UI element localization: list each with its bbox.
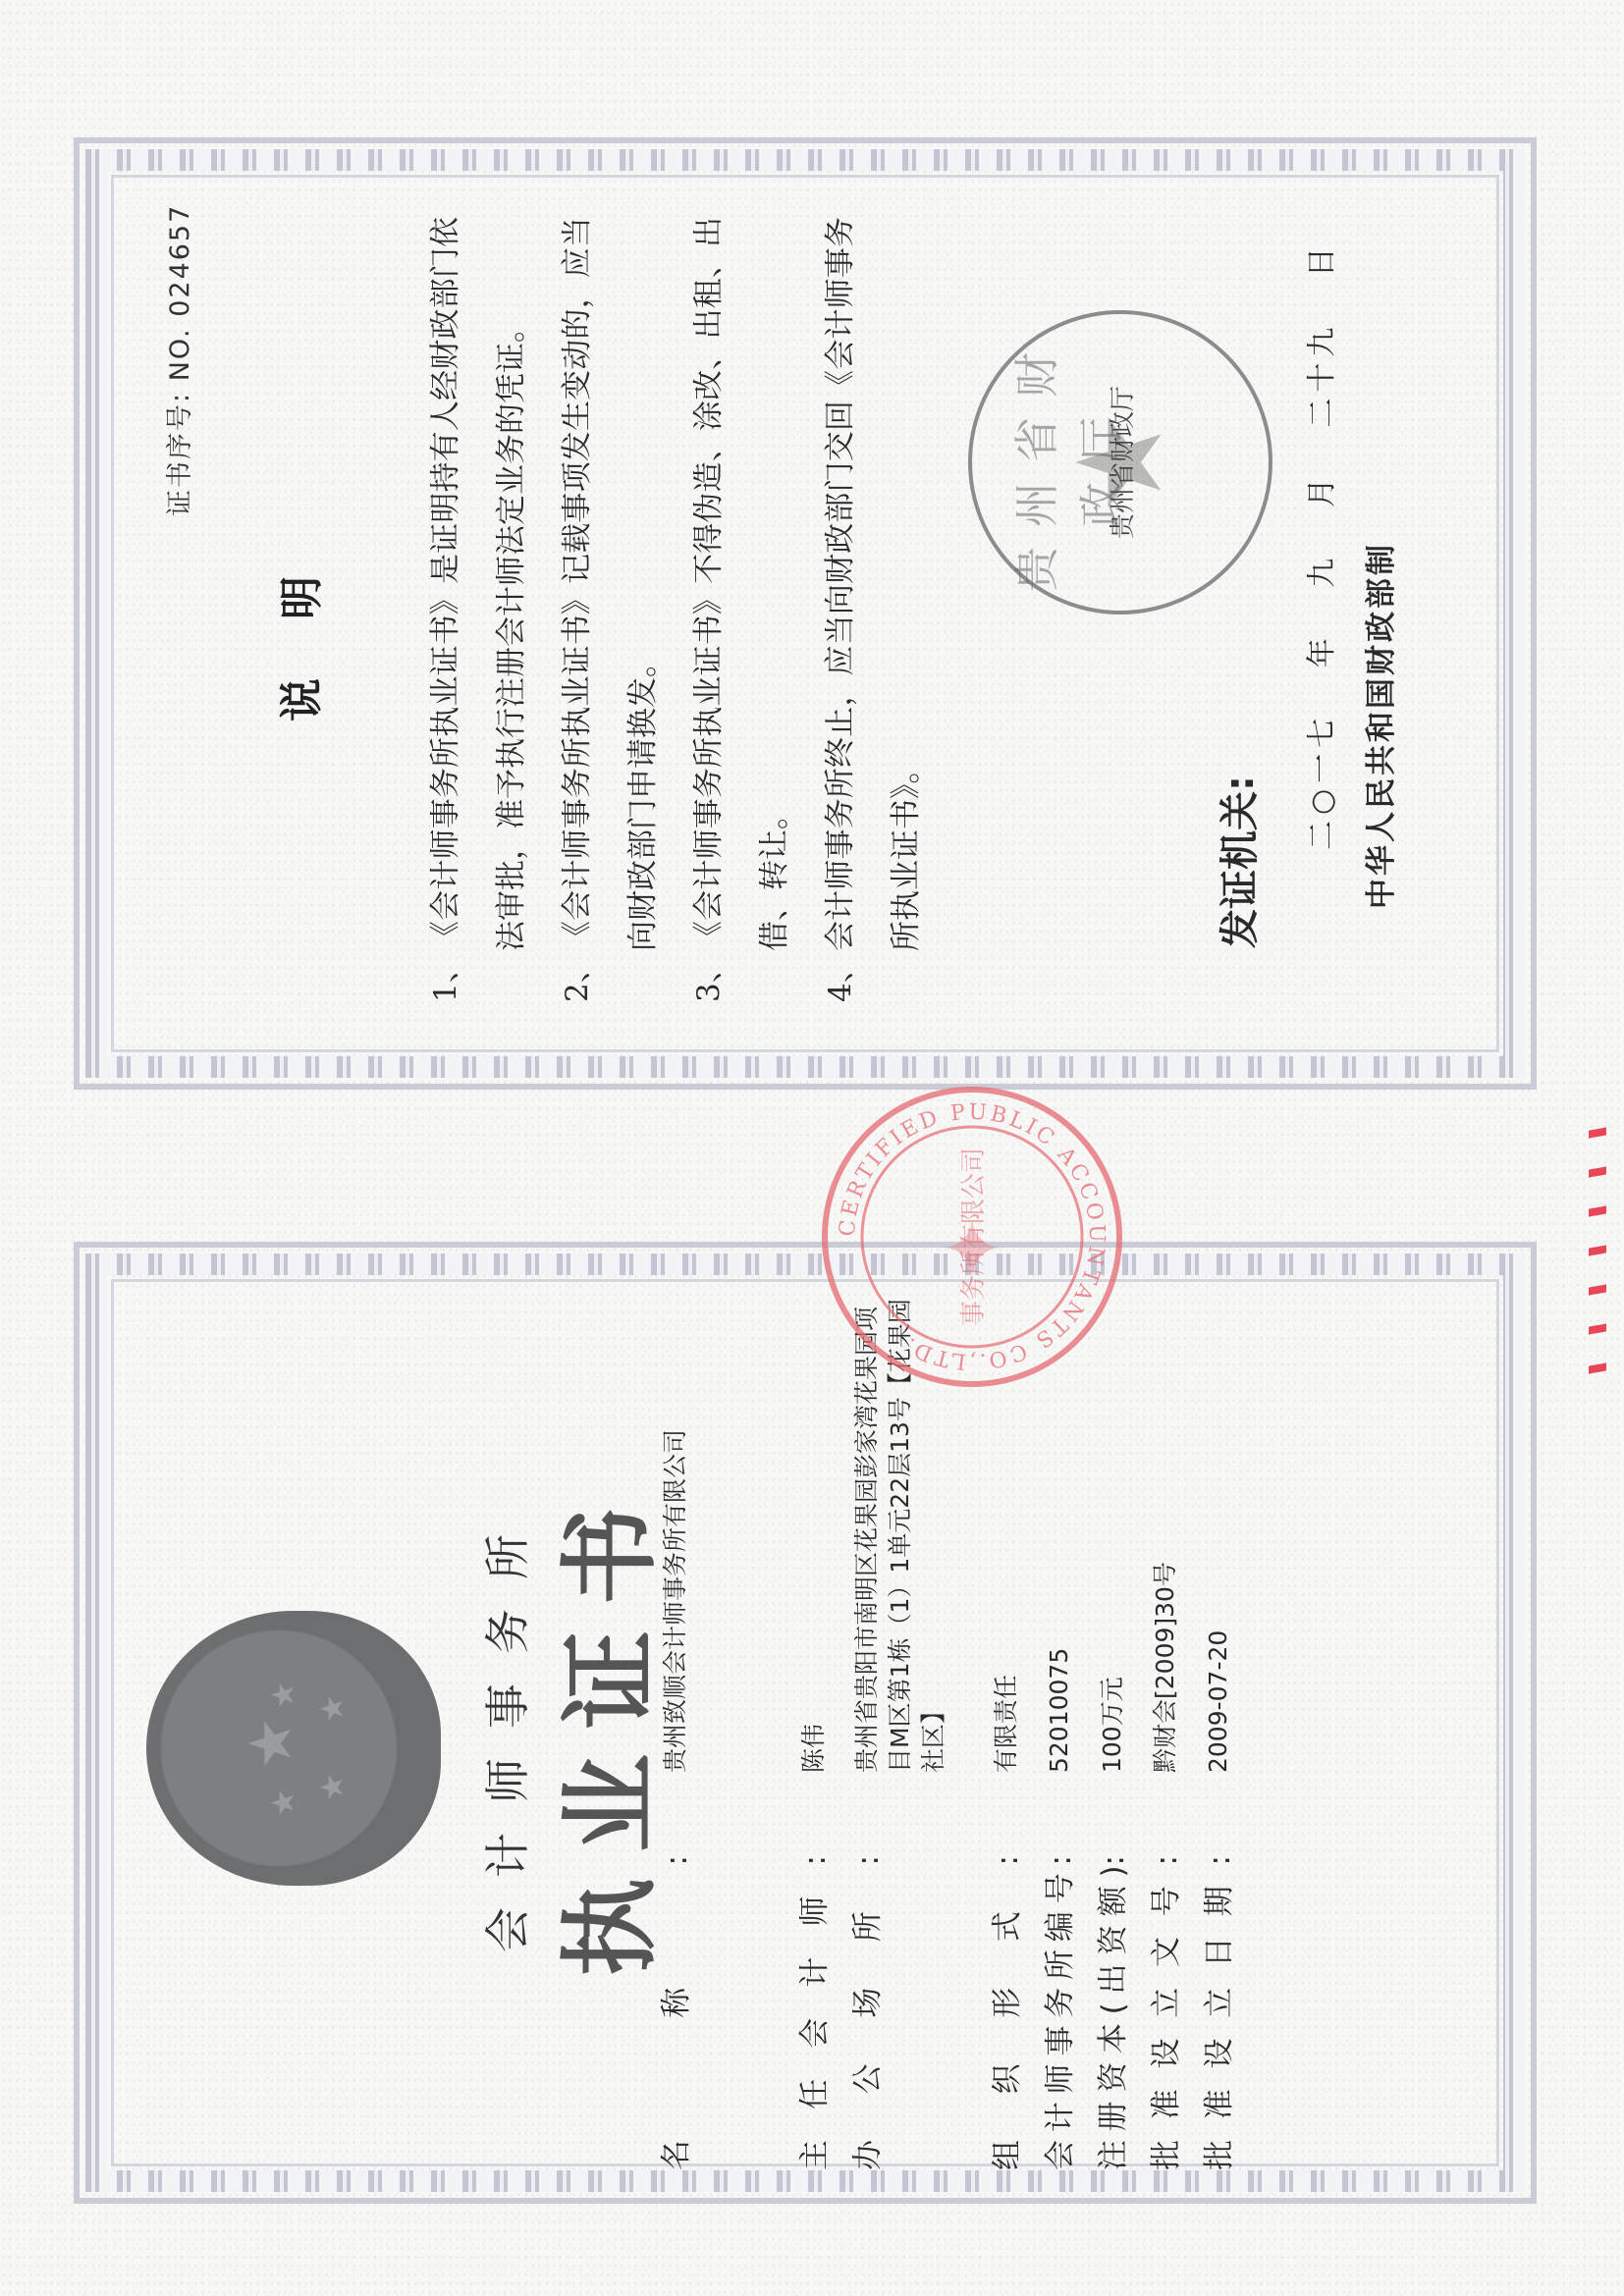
item-text: 《会计师事务所执业证书》不得伪造、涂改、出租、出借、转让。 xyxy=(677,217,808,951)
month-unit: 月 xyxy=(1305,472,1339,507)
instruction-item: 2、 《会计师事务所执业证书》记载事项发生变动的，应当向财政部门申请换发。 xyxy=(545,217,677,1002)
field-label: 办公场所: xyxy=(850,1842,950,2170)
instructions-list: 1、 《会计师事务所执业证书》是证明持有人经财政部门依法审批，准予执行注册会计师… xyxy=(413,217,940,1002)
field-approval-date: 批准设立日期: 2009-07-20 xyxy=(1202,1287,1237,2170)
item-number: 4、 xyxy=(808,951,940,1002)
serial-number: 证书序号: NO. 024657 xyxy=(158,204,196,516)
star-icon: ★ xyxy=(313,1694,351,1723)
certificate-subtitle: 会计师事务所 xyxy=(472,1248,537,2210)
year-unit: 年 xyxy=(1305,632,1339,667)
item-text: 会计师事务所终止，应当向财政部门交回《会计师事务所执业证书》。 xyxy=(808,217,940,951)
field-value: 贵州致顺会计师事务所有限公司 xyxy=(659,1287,694,1842)
seal-center-text: 贵州省财政厅 xyxy=(1103,386,1139,539)
field-label: 会计师事务所编号: xyxy=(1043,1842,1078,2170)
field-value: 2009-07-20 xyxy=(1202,1287,1237,1842)
issue-date: 二○一七 年 九 月 二十九 日 xyxy=(1297,241,1340,850)
field-label: 名称: xyxy=(659,1842,694,2170)
instructions-content: 证书序号: NO. 024657 说明 1、 《会计师事务所执业证书》是证明持有… xyxy=(80,143,1543,1095)
national-emblem-icon: ★ ★ ★ ★ ★ xyxy=(146,1611,441,1886)
serial-value: NO. 024657 xyxy=(165,204,195,382)
field-label: 主任会计师: xyxy=(797,1842,833,2170)
item-number: 3、 xyxy=(677,951,808,1002)
certificate-page: ★ ★ ★ ★ ★ 会计师事务所 执业证书 名称: 贵州致顺会计师事务所有限公司… xyxy=(74,1242,1537,2204)
red-ink-marks xyxy=(1589,1127,1606,1375)
star-icon: ★ xyxy=(313,1773,351,1801)
field-label: 批准设立日期: xyxy=(1202,1842,1237,2170)
field-organization-form: 组织形式: 有限责任 xyxy=(990,1287,1025,2170)
issue-month: 九 xyxy=(1305,553,1339,588)
field-chief-accountant: 主任会计师: 陈伟 xyxy=(797,1287,833,2170)
certificate-content: ★ ★ ★ ★ ★ 会计师事务所 执业证书 名称: 贵州致顺会计师事务所有限公司… xyxy=(80,1248,1543,2210)
instruction-item: 4、 会计师事务所终止，应当向财政部门交回《会计师事务所执业证书》。 xyxy=(808,217,940,1002)
company-seal: CERTIFIED PUBLIC ACCOUNTANTS CO.,LTD. 事务… xyxy=(815,1080,1129,1394)
certificate-title: 执业证书 xyxy=(531,1248,673,2210)
serial-label: 证书序号: xyxy=(165,392,195,516)
instruction-item: 3、 《会计师事务所执业证书》不得伪造、涂改、出租、出借、转让。 xyxy=(677,217,808,1002)
field-registered-capital: 注册资本(出资额): 100万元 xyxy=(1096,1287,1131,2170)
field-label: 注册资本(出资额): xyxy=(1096,1842,1131,2170)
certificate-fields: 名称: 贵州致顺会计师事务所有限公司 主任会计师: 陈伟 办公场所: 贵州省贵阳… xyxy=(659,1287,1255,2170)
issuer-label: 发证机关: xyxy=(1209,775,1265,948)
issue-day: 二十九 xyxy=(1305,322,1339,428)
seal-emblem-icon: ✦ xyxy=(939,1203,1004,1295)
item-number: 1、 xyxy=(413,951,545,1002)
field-label: 批准设立文号: xyxy=(1149,1842,1184,2170)
field-name: 名称: 贵州致顺会计师事务所有限公司 xyxy=(659,1287,694,2170)
item-text: 《会计师事务所执业证书》记载事项发生变动的，应当向财政部门申请换发。 xyxy=(545,217,677,951)
star-icon: ★ xyxy=(264,1681,301,1709)
item-number: 2、 xyxy=(545,951,677,1002)
star-icon: ★ xyxy=(237,1717,305,1770)
field-office-address: 办公场所: 贵州省贵阳市南明区花果园彭家湾花果园项目M区第1栋（1）1单元22层… xyxy=(850,1287,950,2170)
field-label: 组织形式: xyxy=(990,1842,1025,2170)
issuer-block: 发证机关: 二○一七 年 九 月 二十九 日 xyxy=(1150,202,1444,1037)
instruction-item: 1、 《会计师事务所执业证书》是证明持有人经财政部门依法审批，准予执行注册会计师… xyxy=(413,217,545,1002)
star-icon: ★ xyxy=(264,1789,301,1817)
day-unit: 日 xyxy=(1305,241,1339,277)
field-approval-document: 批准设立文号: 黔财会[2009]30号 xyxy=(1149,1287,1184,2170)
field-firm-number: 会计师事务所编号: 52010075 xyxy=(1043,1287,1078,2170)
issue-year: 二○一七 xyxy=(1305,713,1339,850)
field-value: 黔财会[2009]30号 xyxy=(1149,1287,1184,1842)
instructions-title: 说明 xyxy=(266,143,329,1095)
instructions-page: 证书序号: NO. 024657 说明 1、 《会计师事务所执业证书》是证明持有… xyxy=(74,137,1537,1090)
ministry-footer: 中华人民共和国财政部制 xyxy=(1356,542,1400,909)
item-text: 《会计师事务所执业证书》是证明持有人经财政部门依法审批，准予执行注册会计师法定业… xyxy=(413,217,545,951)
